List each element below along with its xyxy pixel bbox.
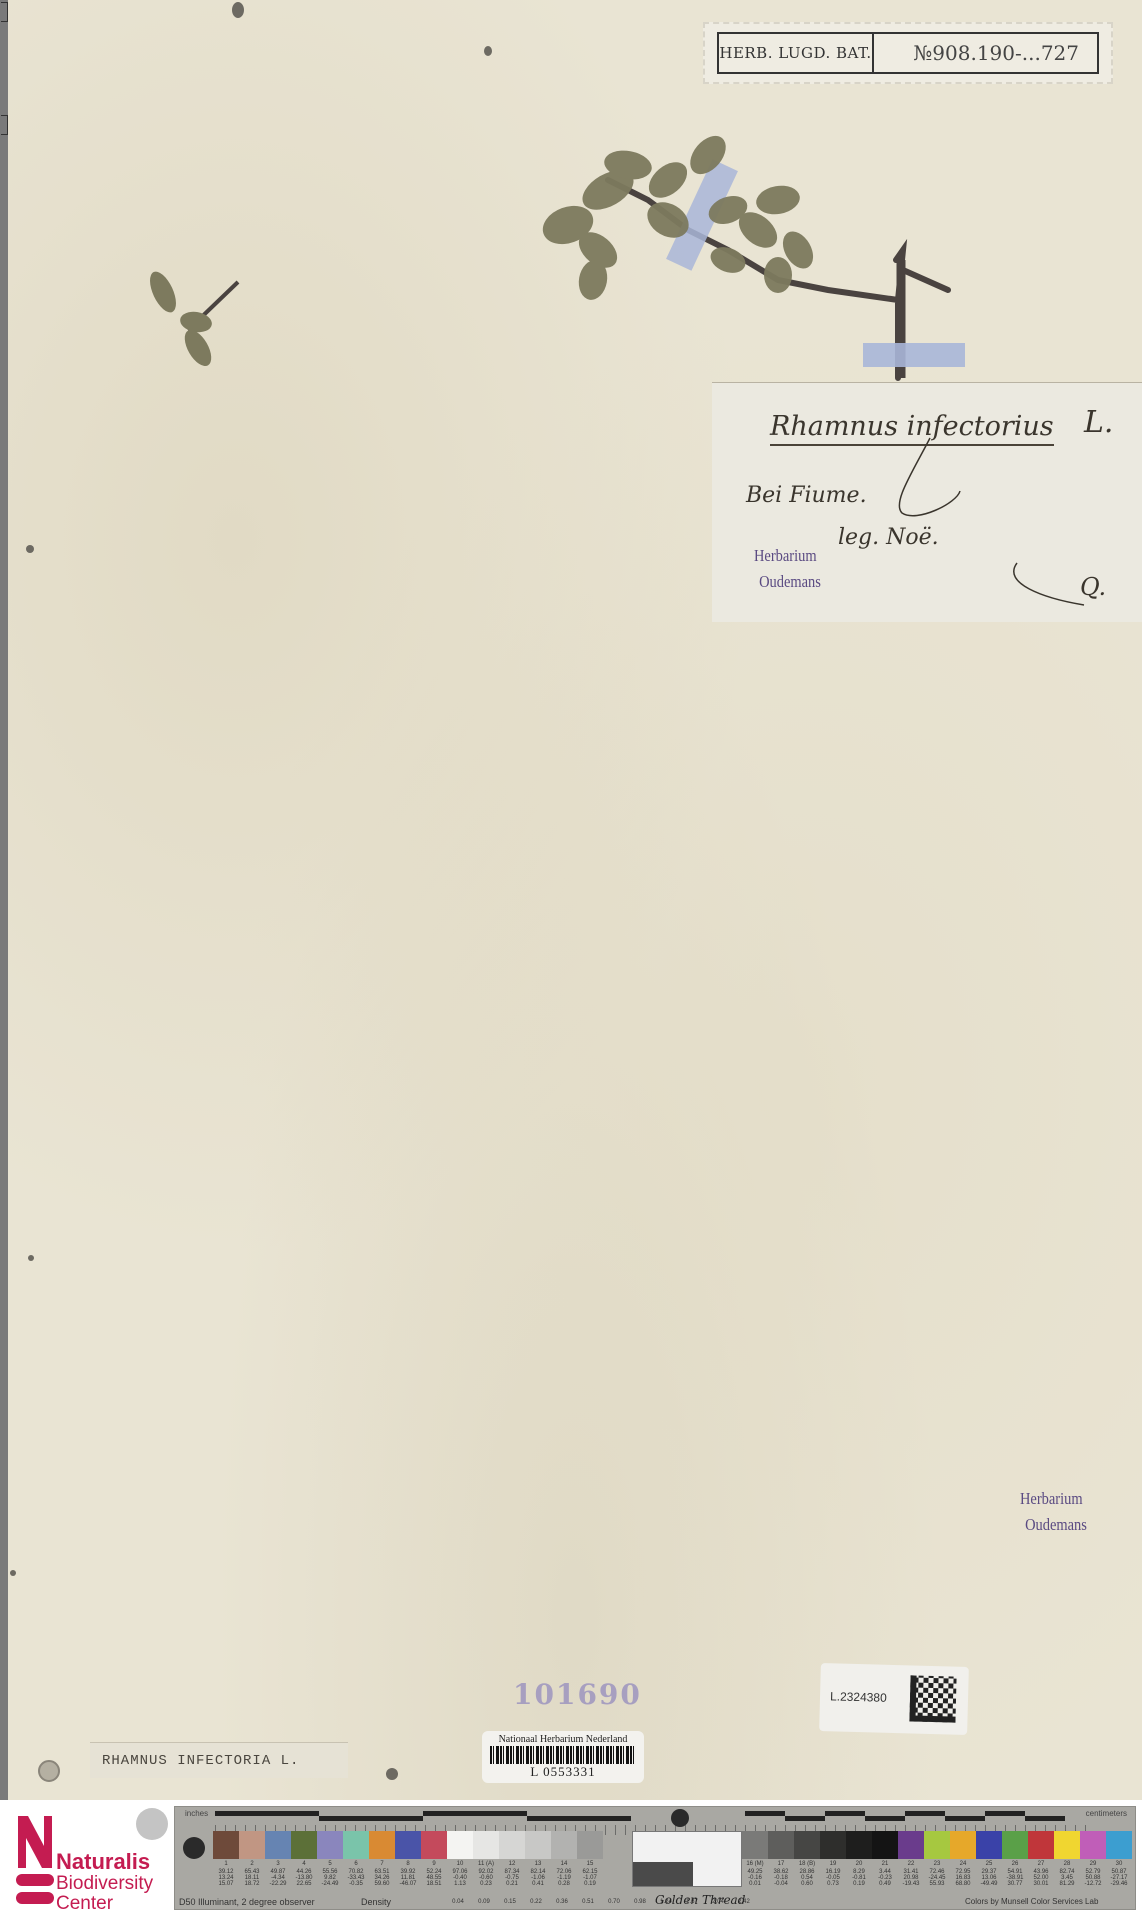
inches-label: inches	[185, 1809, 208, 1818]
grey-reference-dot	[136, 1808, 168, 1840]
sheet-edge-strip	[0, 0, 8, 1800]
paper-speck	[28, 1255, 34, 1261]
paper-speck	[10, 1570, 16, 1576]
color-patch	[499, 1831, 525, 1859]
herbarium-oudemans-stamp: Herbarium Oudemans	[754, 543, 821, 595]
barcode-label: Nationaal Herbarium Nederland L 0553331	[482, 1731, 644, 1783]
color-patch	[265, 1831, 291, 1859]
patch-index-row: 1234567891011 (A)1213141516 (M)1718 (B)1…	[213, 1861, 1132, 1867]
color-patch	[447, 1831, 473, 1859]
color-patch	[950, 1831, 976, 1859]
color-patch	[343, 1831, 369, 1859]
patch-b-row: 15.0718.72-22.2922.65-24.49-0.3559.60-46…	[213, 1881, 1132, 1887]
color-patches-right	[742, 1831, 1132, 1859]
color-patch	[577, 1831, 603, 1859]
color-patch	[1054, 1831, 1080, 1859]
color-patch	[846, 1831, 872, 1859]
color-patch	[976, 1831, 1002, 1859]
paper-speck	[386, 1768, 398, 1780]
datamatrix-label: L.2324380	[819, 1663, 969, 1735]
barcode-institution: Nationaal Herbarium Nederland	[482, 1734, 644, 1745]
typed-species-label: RHAMNUS INFECTORIA L.	[90, 1742, 348, 1778]
footer: Naturalis Biodiversity Center inches cen…	[0, 1800, 1142, 1920]
logo-line-naturalis: Naturalis	[56, 1852, 150, 1872]
color-patch	[1028, 1831, 1054, 1859]
naturalis-n-icon	[14, 1812, 56, 1912]
color-patch	[794, 1831, 820, 1859]
color-patch	[872, 1831, 898, 1859]
barcode-number: L 0553331	[482, 1764, 644, 1780]
logo-line-center: Center	[56, 1894, 113, 1914]
density-label: Density	[361, 1897, 391, 1907]
color-patch	[369, 1831, 395, 1859]
color-patch	[473, 1831, 499, 1859]
logo-line-biodiversity: Biodiversity	[56, 1874, 153, 1894]
color-patch	[820, 1831, 846, 1859]
paper-speck	[38, 1760, 60, 1782]
color-patch	[1080, 1831, 1106, 1859]
color-patch	[239, 1831, 265, 1859]
color-patch	[395, 1831, 421, 1859]
target-dot-left	[183, 1837, 205, 1859]
color-patch	[924, 1831, 950, 1859]
color-patch	[213, 1831, 239, 1859]
barcode-icon	[490, 1746, 636, 1764]
datamatrix-code-icon	[909, 1675, 956, 1722]
ruler-bar	[215, 1811, 1095, 1825]
color-calibration-target: inches centimeters 1234567891011 (A)1213…	[174, 1806, 1136, 1910]
color-patch	[1106, 1831, 1132, 1859]
tape-strip	[863, 343, 965, 367]
color-patch	[768, 1831, 794, 1859]
color-patch	[1002, 1831, 1028, 1859]
plant-specimen	[8, 0, 1142, 400]
color-patches-left	[213, 1831, 603, 1859]
paper-speck	[26, 545, 34, 553]
target-dot-center	[671, 1809, 689, 1827]
datamatrix-id: L.2324380	[830, 1689, 887, 1704]
color-patch	[742, 1831, 768, 1859]
color-patch	[525, 1831, 551, 1859]
color-patch	[421, 1831, 447, 1859]
register-number-stamp: 101690	[513, 1678, 642, 1711]
munsell-credit: Colors by Munsell Color Services Lab	[965, 1897, 1098, 1906]
golden-thread-brand: Golden Thread	[655, 1893, 745, 1907]
herbarium-oudemans-stamp-lower: Herbarium Oudemans	[1020, 1486, 1087, 1538]
determination-label: Rhamnus infectorius L. Bei Fiume. leg. N…	[712, 382, 1142, 622]
color-patch	[291, 1831, 317, 1859]
herbarium-sheet: HERB. LUGD. BAT. №908.190-...727	[8, 0, 1142, 1800]
color-patch	[317, 1831, 343, 1859]
color-patch	[551, 1831, 577, 1859]
color-patch	[898, 1831, 924, 1859]
illuminant-text: D50 Illuminant, 2 degree observer	[179, 1897, 315, 1907]
